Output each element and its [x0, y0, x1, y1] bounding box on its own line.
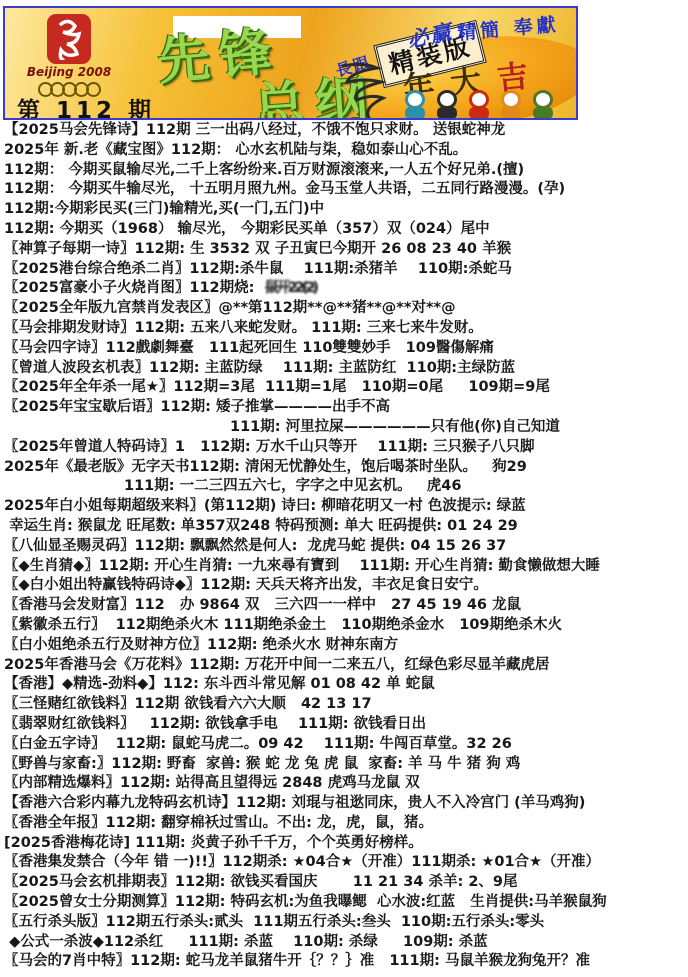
text-line-schedule-poem: 〖马会排期发财诗〗112期: 五来八来蛇发财。 111期: 三来七来牛发财。: [0, 319, 688, 339]
text-line-formula-kill-wave: ◆公式一杀波◆112杀红 111期: 杀蓝 110期: 杀绿 109期: 杀蓝: [0, 933, 688, 953]
text-line-hkjc-fortune: 〖香港马会发财富〗112 办 9864 双 三六四一一样中 27 45 19 4…: [0, 596, 688, 616]
fuwa-mascot-black: [435, 90, 459, 118]
text-line-kill-two-zodiac: 〖2025港台综合绝杀二肖〗112期:杀牛鼠 111期:杀猪羊 110期:杀蛇马: [0, 260, 688, 280]
text-line-proverb-111: 111期: 河里拉屎——————只有他(你)自己知道: [0, 418, 688, 438]
text-line-hk-selection: 【香港】◆精选-劲料◆】112: 东斗西斗常见解 01 08 42 单 蛇鼠: [0, 675, 688, 695]
text-line-insider-pick: 〖内部精选爆料〗112期: 站得高且望得远 2848 虎鸡马龙鼠 双: [0, 774, 688, 794]
dancing-figure-icon: [51, 18, 87, 60]
text-line-platinum-poem: 〖白金五字诗〗 112期: 鼠蛇马虎二。09 42 111期: 牛闯百草堂。32…: [0, 735, 688, 755]
fuwa-mascot-orange: [499, 90, 523, 118]
fire-zodiac-prefix: 〖2025富豪小子火烧肖图〗112期烧:: [4, 280, 265, 296]
text-line-gates: 112期:今期彩民买(三门)输精光,买(一门,五门)中: [0, 200, 688, 220]
emblem-script-text: Beijing 2008: [13, 65, 125, 79]
text-line-jifa-ban: 〖香港集发禁合（今年 错 一)!!〗112期杀: ★04合★（开准）111期杀:…: [0, 853, 688, 873]
text-line-zodiac-guess: 〖◆生肖猜◆〗112期: 开心生肖猜: 一九來尋有寶到 111期: 开心生肖猜:…: [0, 557, 688, 577]
beijing-2008-seal-icon: [47, 14, 91, 64]
text-line-wild-domestic: 〖野兽与家畜:〗112期: 野畜 家兽: 猴 蛇 龙 兔 虎 鼠 家畜: 羊 马…: [0, 755, 688, 775]
signature-scribble-icon: [335, 60, 401, 120]
text-line-sanguai-money: 〖三怪赌红欲钱料〗112期 欲钱看六六大顺 42 13 17: [0, 695, 688, 715]
text-line-four-char-poem: 〖马会四字诗〗112戲劇舞臺 111起死回生 110雙雙妙手 109醫傷解痛: [0, 339, 688, 359]
text-line-baixiaojie-super: 2025年白小姐每期超级来料〗(第112期) 诗曰: 柳暗花明又一村 色波提示:…: [0, 497, 688, 517]
text-line-wave-table: 〖曾道人波段玄机表〗112期: 主蓝防绿 111期: 主蓝防红 110期:主绿防…: [0, 359, 688, 379]
text-line-zengdaoren-poem: 〖2025年曾道人特码诗〗1 112期: 万水千山只等开 111期: 三只猴子八…: [0, 438, 688, 458]
fuwa-mascot-green: [531, 90, 555, 118]
masthead-banner: Beijing 2008 先锋 总纲 第 112 期 精装版 必赢 精簡 奉獻 …: [3, 6, 578, 120]
text-line-wanhua-material: 2025年香港马会《万花料》112期: 万花开中间一二来五八，红绿色彩尽显羊藏虎…: [0, 656, 688, 676]
fuwa-mascot-blue: [403, 90, 427, 118]
text-line-wordless-book-112: 2025年《最老版》无字天书112期: 清闲无忧静处生，饱后喝茶时坐队。 狗29: [0, 458, 688, 478]
text-line-ziwei-five-elements: 〖紫徽杀五行〗 112期绝杀火木 111期绝杀金土 110期绝杀金水 109期绝…: [0, 616, 688, 636]
text-line-kowloon-mystic-poem: 【香港六合彩内幕九龙特码玄机诗】112期: 刘琨与祖逖同床，贵人不入冷宫门 (羊…: [0, 794, 688, 814]
text-line-madam-zeng: 〖2025曾女士分期测算〗112期: 特码玄机:为鱼我曝鳃 心水波:红蓝 生肖提…: [0, 893, 688, 913]
text-line-feicui-money: 〖翡翠财红欲钱料〗 112期: 欲钱拿手电 111期: 欲钱看日出: [0, 715, 688, 735]
text-line-treasure-map: 2025年 新.老《藏宝图》112期： 心水玄机陆与柒，稳如泰山心不乱。: [0, 141, 688, 161]
text-line-wordless-book-111: 111期: 一二三四五六七，字字之中见玄机。 虎46: [0, 477, 688, 497]
text-line-baixiaojie-poem: 〖◆白小姐出特赢钱特码诗◆〗112期: 天兵天将齐出发，丰衣足食日安宁。: [0, 576, 688, 596]
text-line-hk-annual-report: 〖香港全年报〗112期: 翻穿棉袄过雪山。不出: 龙，虎，鼠，猪。: [0, 814, 688, 834]
smudged-text: 鼠开22(2): [265, 280, 317, 296]
text-line-five-element-head: 〖五行杀头版〗112期五行杀头:贰头 111期五行杀头:叁头 110期:五行杀头…: [0, 913, 688, 933]
fuwa-mascots-icon: [403, 90, 555, 118]
text-line-eight-immortals: 〖八仙显圣赐灵码〗112期: 飘飘然然是何人: 龙虎马蛇 提供: 04 15 2…: [0, 537, 688, 557]
text-line-ninegrid-ban: 〖2025全年版九宫禁肖发表区〗@**第112期**@**猪**@**对**@: [0, 299, 688, 319]
text-line-fortune-teller-poem: 〖神算子每期一诗〗112期: 生 3532 双 子丑寅巳今期开 26 08 23…: [0, 240, 688, 260]
text-line-lucky-zodiac: 幸运生肖: 猴鼠龙 旺尾数: 单357双248 特码预测: 单大 旺码提供: 0…: [0, 517, 688, 537]
issue-number-label: 第 112 期: [17, 92, 155, 120]
tip-sheet: { "header": { "emblem_script": "Beijing …: [0, 0, 688, 977]
text-line-rat-verse: 112期： 今期买鼠输尽光,二千上客纷纷来.百万财源滚滚来,一人五个好兄弟.(擅…: [0, 161, 688, 181]
text-line-wealth-direction: 〖白小姐绝杀五行及财神方位〗112期: 绝杀火水 财神东南方: [0, 636, 688, 656]
fuwa-mascot-red: [467, 90, 491, 118]
beijing-2008-emblem: Beijing 2008: [13, 12, 125, 97]
text-line-ox-verse: 112期： 今期买牛输尽光， 十五明月照九州。金马玉堂人共语，二五同行路漫漫。(…: [0, 180, 688, 200]
text-line-odd-even: 112期: 今期买（1968） 输尽光， 今期彩民买单（357）双（024）尾中: [0, 220, 688, 240]
text-line-fire-zodiac: 〖2025富豪小子火烧肖图〗112期烧: 鼠开22(2): [0, 279, 688, 299]
text-line-pioneer-poem: 【2025马会先锋诗】112期 三一出码八经过，不饿不饱只求财。 送银蛇神龙: [0, 121, 688, 141]
text-line-seven-zodiac: 〖马会的7肖中特〗112期: 蛇马龙羊鼠猪牛开｛？？｝准 111期: 马鼠羊猴龙…: [0, 952, 688, 972]
text-line-kill-one-tail: 〖2025年全年杀一尾★〗112期=3尾 111期=1尾 110期=0尾 109…: [0, 378, 688, 398]
tip-sheet-body: 【2025马会先锋诗】112期 三一出码八经过，不饿不饱只求财。 送银蛇神龙 2…: [0, 121, 688, 972]
text-line-plum-poem: [2025香港梅花诗] 111期: 炎黄子孙千千万，个个英勇好榜样。: [0, 834, 688, 854]
text-line-proverb-112: 〖2025年宝宝歇后语〗112期: 矮子推掌————出手不高: [0, 398, 688, 418]
text-line-mystic-schedule: 〖2025马会玄机排期表〗112期: 欲钱买看国庆 11 21 34 杀羊: 2…: [0, 873, 688, 893]
